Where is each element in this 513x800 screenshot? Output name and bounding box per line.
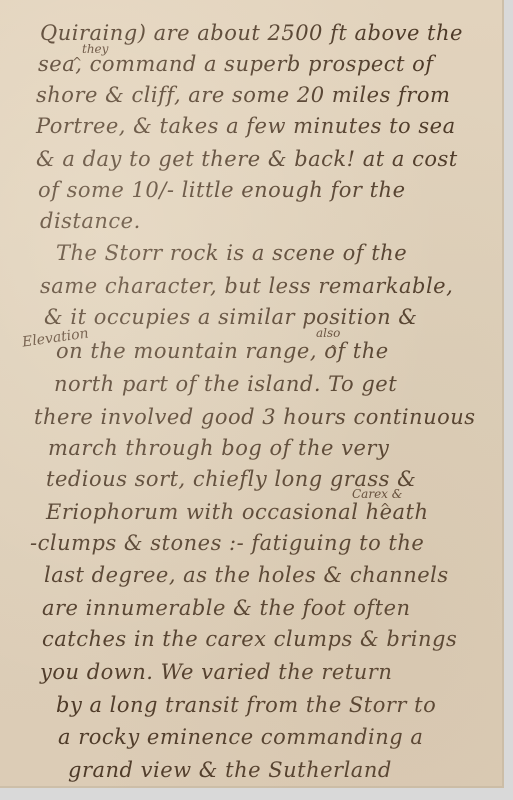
insertion-carex: Carex & [352, 487, 402, 501]
text-line: & a day to get there & back! at a cost [36, 147, 458, 171]
text-line: sea, command a superb prospect of [38, 52, 434, 76]
text-line: last degree, as the holes & channels [44, 563, 449, 587]
text-line: are innumerable & the foot often [42, 596, 411, 620]
text-line: The Storr rock is a scene of the [56, 241, 407, 265]
text-line: Portree, & takes a few minutes to sea [36, 114, 456, 138]
text-line: of some 10/- little enough for the [38, 178, 406, 202]
text-line: grand view & the Sutherland [68, 758, 392, 782]
manuscript-page: Quiraing) are about 2500 ft above the th… [0, 0, 504, 788]
text-line: & it occupies a similar position & [44, 305, 417, 329]
text-line: a rocky eminence commanding a [58, 725, 423, 749]
text-line: shore & cliff, are some 20 miles from [36, 83, 450, 107]
text-line: catches in the carex clumps & brings [42, 627, 457, 651]
text-line: by a long transit from the Storr to [56, 693, 436, 717]
text-line: north part of the island. To get [54, 372, 397, 396]
insertion-also: also [316, 326, 340, 340]
text-line: there involved good 3 hours continuous [34, 405, 476, 429]
text-line: Eriophorum with occasional heath [46, 500, 429, 524]
text-line: march through bog of the very [48, 436, 389, 460]
text-line: on the mountain range, of the [56, 339, 389, 363]
text-line: -clumps & stones :- fatiguing to the [30, 531, 424, 555]
text-line: you down. We varied the return [40, 660, 392, 684]
text-line: same character, but less remarkable, [40, 274, 453, 298]
text-line: distance. [40, 209, 141, 233]
